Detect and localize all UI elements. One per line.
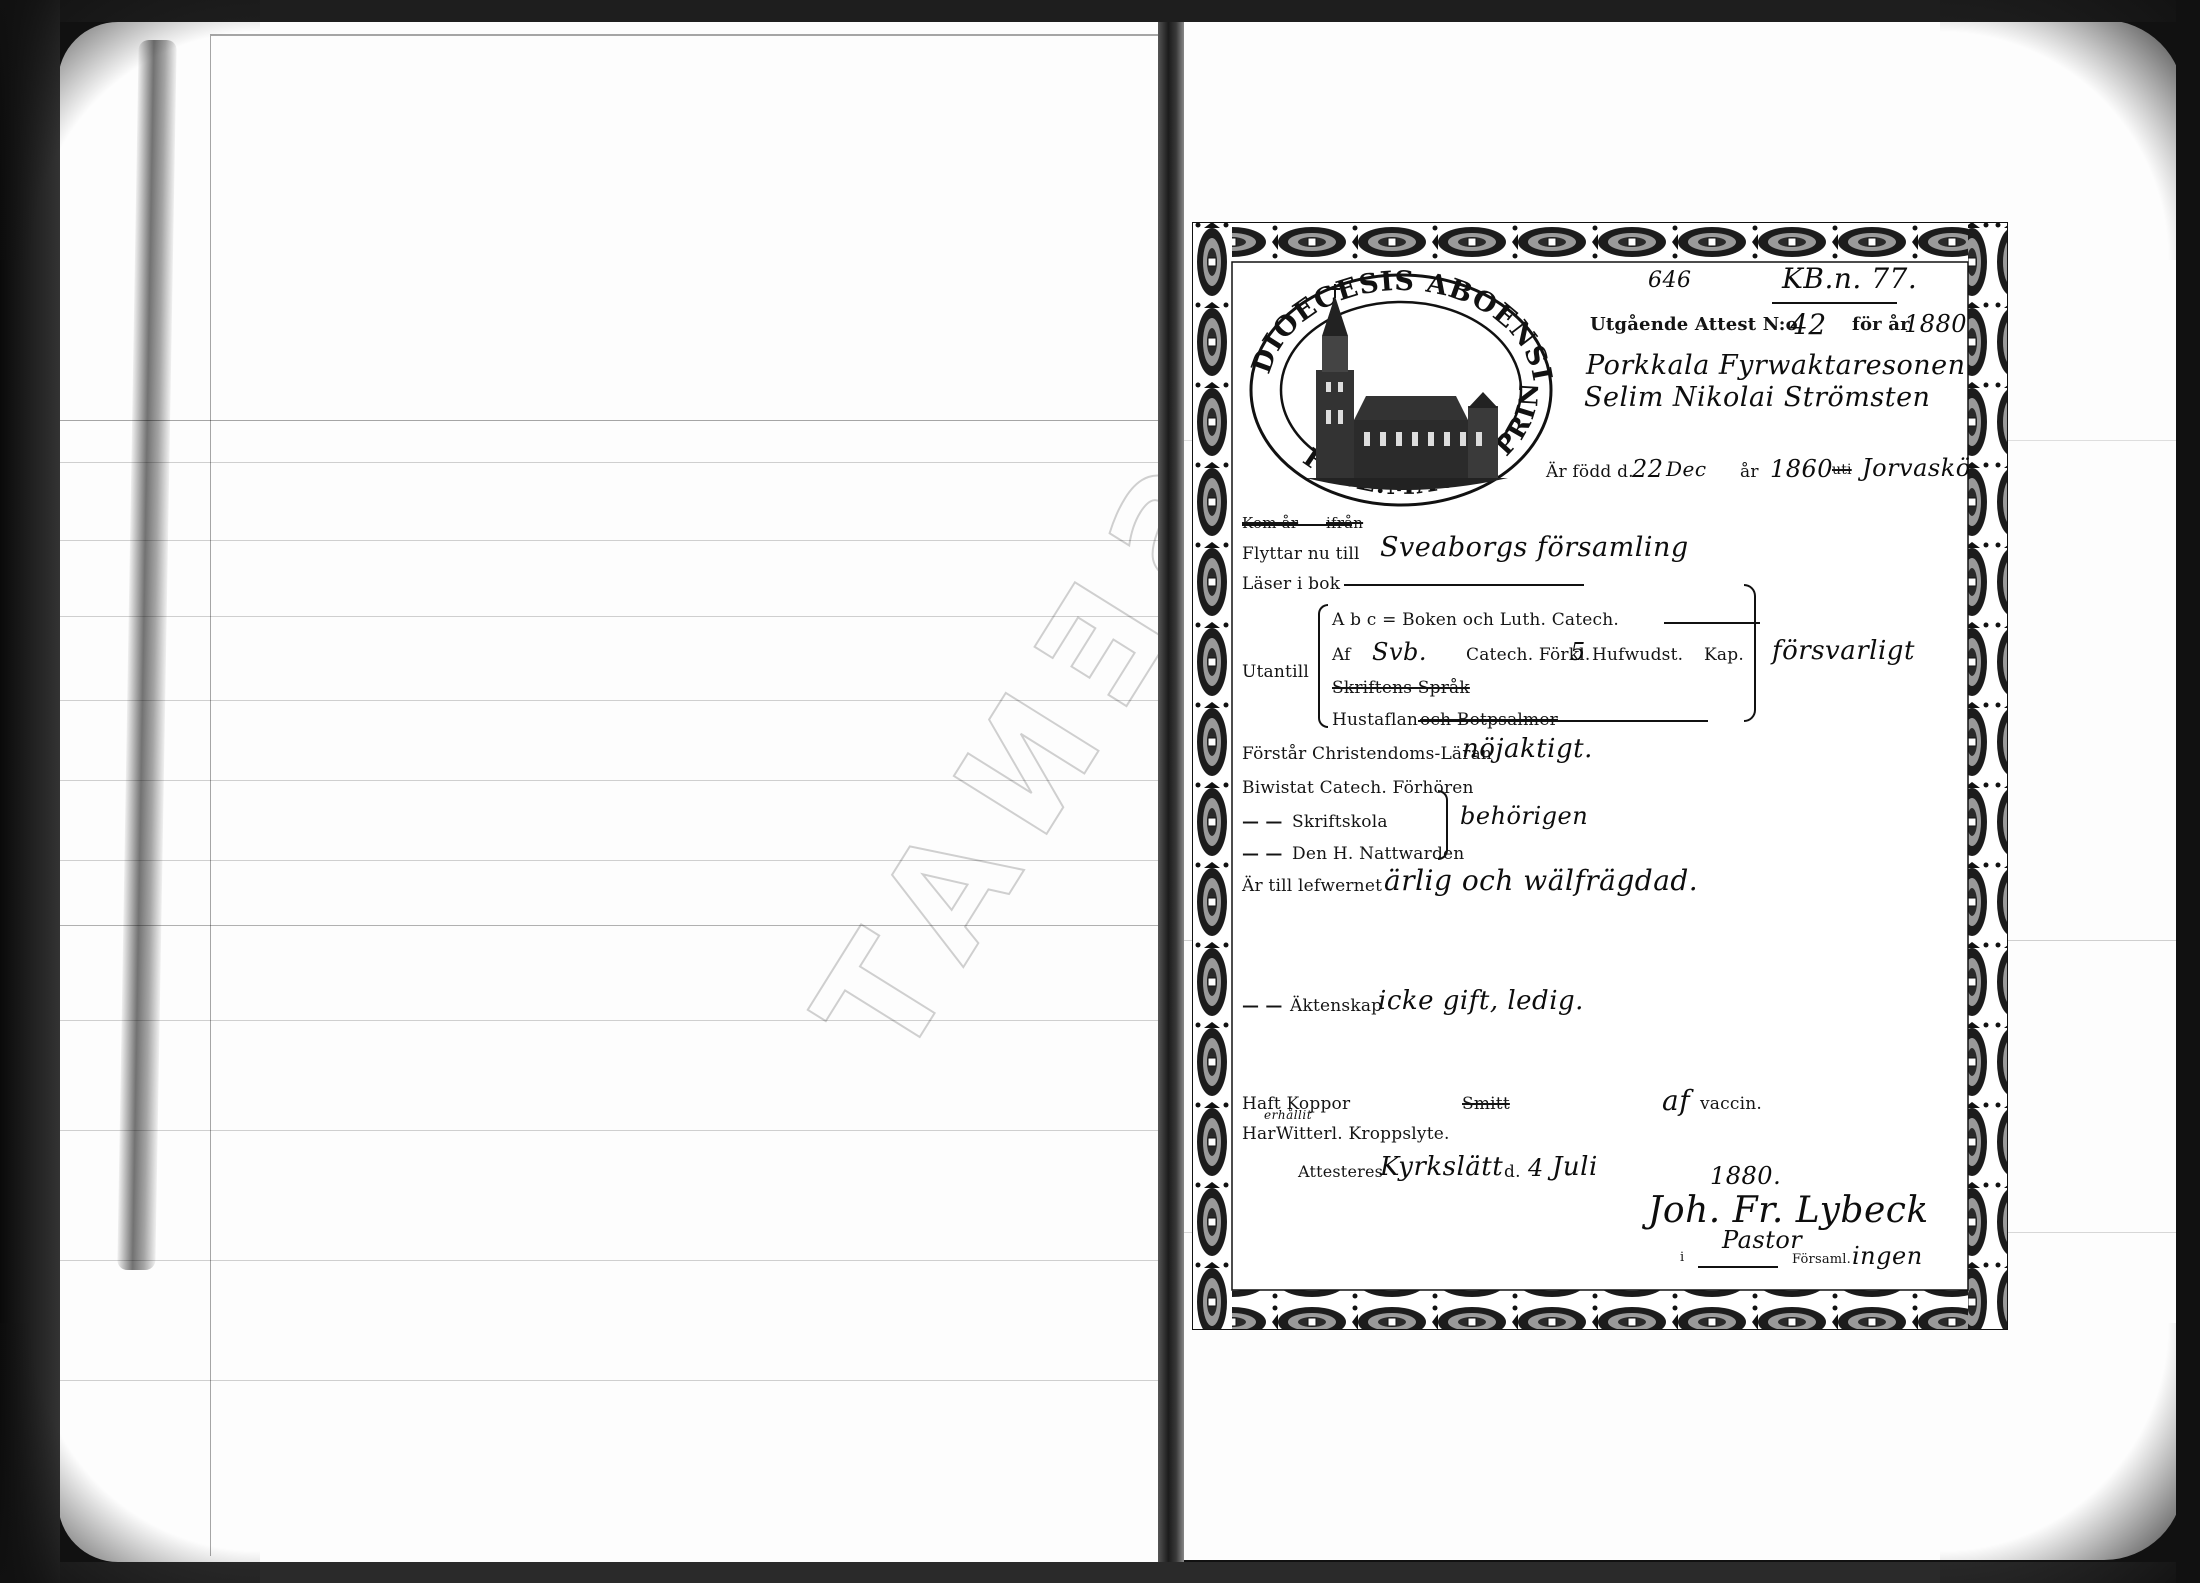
forstar-label: Förstår Christendoms-Läran (1242, 744, 1492, 764)
birth-year-label: år (1740, 462, 1759, 482)
lefwernet-label: Är till lefwernet (1242, 876, 1382, 896)
af-value: Svb. (1372, 638, 1427, 666)
hustaflan-line (1418, 720, 1708, 722)
forsamlingen-hand: ingen (1852, 1242, 1923, 1270)
birth-place: Jorvaskö (1862, 454, 1971, 482)
pastor-signature: Joh. Fr. Lybeck (1648, 1190, 1929, 1231)
attesteres-label: Attesteres (1298, 1162, 1383, 1181)
skriftens-sprak-label: Skriftens Språk (1332, 678, 1470, 698)
smitt-label: Smitt (1462, 1094, 1510, 1114)
person-name-handwritten: Selim Nikolai Strömsten (1584, 382, 1930, 413)
af-vaccin-hand: af (1662, 1084, 1690, 1117)
aktenskap-dash: — — (1242, 996, 1283, 1016)
header-year: 1880 (1904, 310, 1967, 338)
biwistat-value: behörigen (1460, 802, 1588, 830)
witterl-label: Witterl. Kroppslyte. (1276, 1124, 1450, 1144)
pastor-title: Pastor (1722, 1226, 1802, 1254)
left-page-inner-edge (210, 36, 211, 1556)
scan-vignette-bottom (0, 1562, 2200, 1583)
reference-number: KB.n. 77. (1782, 262, 1917, 295)
abc-line: A b c = Boken och Luth. Catech. (1332, 610, 1619, 630)
ruled-line (60, 1130, 1160, 1131)
laser-label: Läser i bok (1242, 574, 1340, 594)
scan-vignette-top (0, 0, 2200, 22)
attesteres-month: Juli (1552, 1152, 1598, 1182)
flyttar-value: Sveaborgs församling (1380, 532, 1689, 563)
hufwudst-number: 5 (1570, 638, 1586, 666)
strike-line (1242, 524, 1352, 526)
ruled-line (60, 1020, 1160, 1021)
attesteres-place: Kyrkslätt (1380, 1152, 1503, 1182)
af-label: Af (1332, 645, 1351, 665)
skriftskola-dash: — — (1242, 812, 1283, 832)
lefwernet-value: ärlig och wälfrägdad. (1384, 864, 1698, 897)
skriftskola-label: Skriftskola (1292, 812, 1388, 832)
attest-number: 42 (1790, 308, 1827, 341)
aktenskap-label: Äktenskap (1290, 996, 1382, 1016)
ruled-line (60, 462, 1160, 463)
har-insert-hand: erhållit (1264, 1108, 1312, 1122)
kom-ar-label: Kom år (1242, 514, 1298, 532)
ruled-line (60, 420, 1160, 421)
utantill-left-brace (1318, 604, 1328, 728)
forsamling-blank-line (1698, 1266, 1778, 1268)
aktenskap-value: icke gift, ledig. (1378, 986, 1584, 1016)
utantill-label: Utantill (1242, 662, 1309, 682)
kap-label: Kap. (1704, 645, 1744, 665)
attesteres-day: 4 (1528, 1154, 1544, 1182)
laser-blank-line (1344, 584, 1584, 586)
ruled-line (60, 540, 1160, 541)
birth-year: 1860 (1770, 455, 1833, 483)
reference-underline (1772, 302, 1897, 304)
i-label: i (1680, 1250, 1684, 1265)
vaccin-label: vaccin. (1700, 1094, 1762, 1114)
nattwarden-dash: — — (1242, 844, 1283, 864)
attest-title: Utgående Attest N:o (1590, 314, 1798, 335)
ruled-line (60, 616, 1160, 617)
forstar-value: nöjaktigt. (1462, 734, 1593, 764)
har-label: Har (1242, 1124, 1276, 1144)
attesteres-day-label: d. (1504, 1162, 1521, 1182)
ruled-line (60, 1260, 1160, 1261)
archive-number: 646 (1648, 268, 1692, 293)
ruled-line (60, 1380, 1160, 1381)
book-gutter (1158, 0, 1184, 1583)
utantill-right-brace (1744, 584, 1756, 722)
ifran-label: ifrån (1326, 514, 1363, 532)
left-page-top-edge (210, 34, 1160, 36)
attesteres-year: 1880. (1710, 1162, 1781, 1190)
certificate: DIOECESIS ABOENSIS. FINL.MAGNI PRINC. 64… (1192, 222, 2008, 1330)
hustaflan-label: Hustaflan (1332, 710, 1418, 730)
birth-month: Dec (1666, 457, 1707, 481)
birth-label: Är född d. (1546, 462, 1634, 482)
hufwudst-label: Hufwudst. (1592, 645, 1683, 665)
scan-vignette-left (0, 0, 60, 1583)
birth-day: 22 (1632, 455, 1664, 483)
origin-handwritten: Porkkala Fyrwaktaresonen (1586, 350, 1966, 381)
diocese-seal-icon: DIOECESIS ABOENSIS. FINL.MAGNI PRINC. (1246, 270, 1556, 510)
forsamlingen-print: Församl. (1792, 1252, 1851, 1267)
utantill-value: försvarligt (1772, 636, 1915, 666)
birth-uti-label: uti (1832, 462, 1852, 478)
flyttar-label: Flyttar nu till (1242, 544, 1360, 564)
year-label: för år (1852, 314, 1910, 335)
biwistat-right-brace (1438, 790, 1448, 860)
